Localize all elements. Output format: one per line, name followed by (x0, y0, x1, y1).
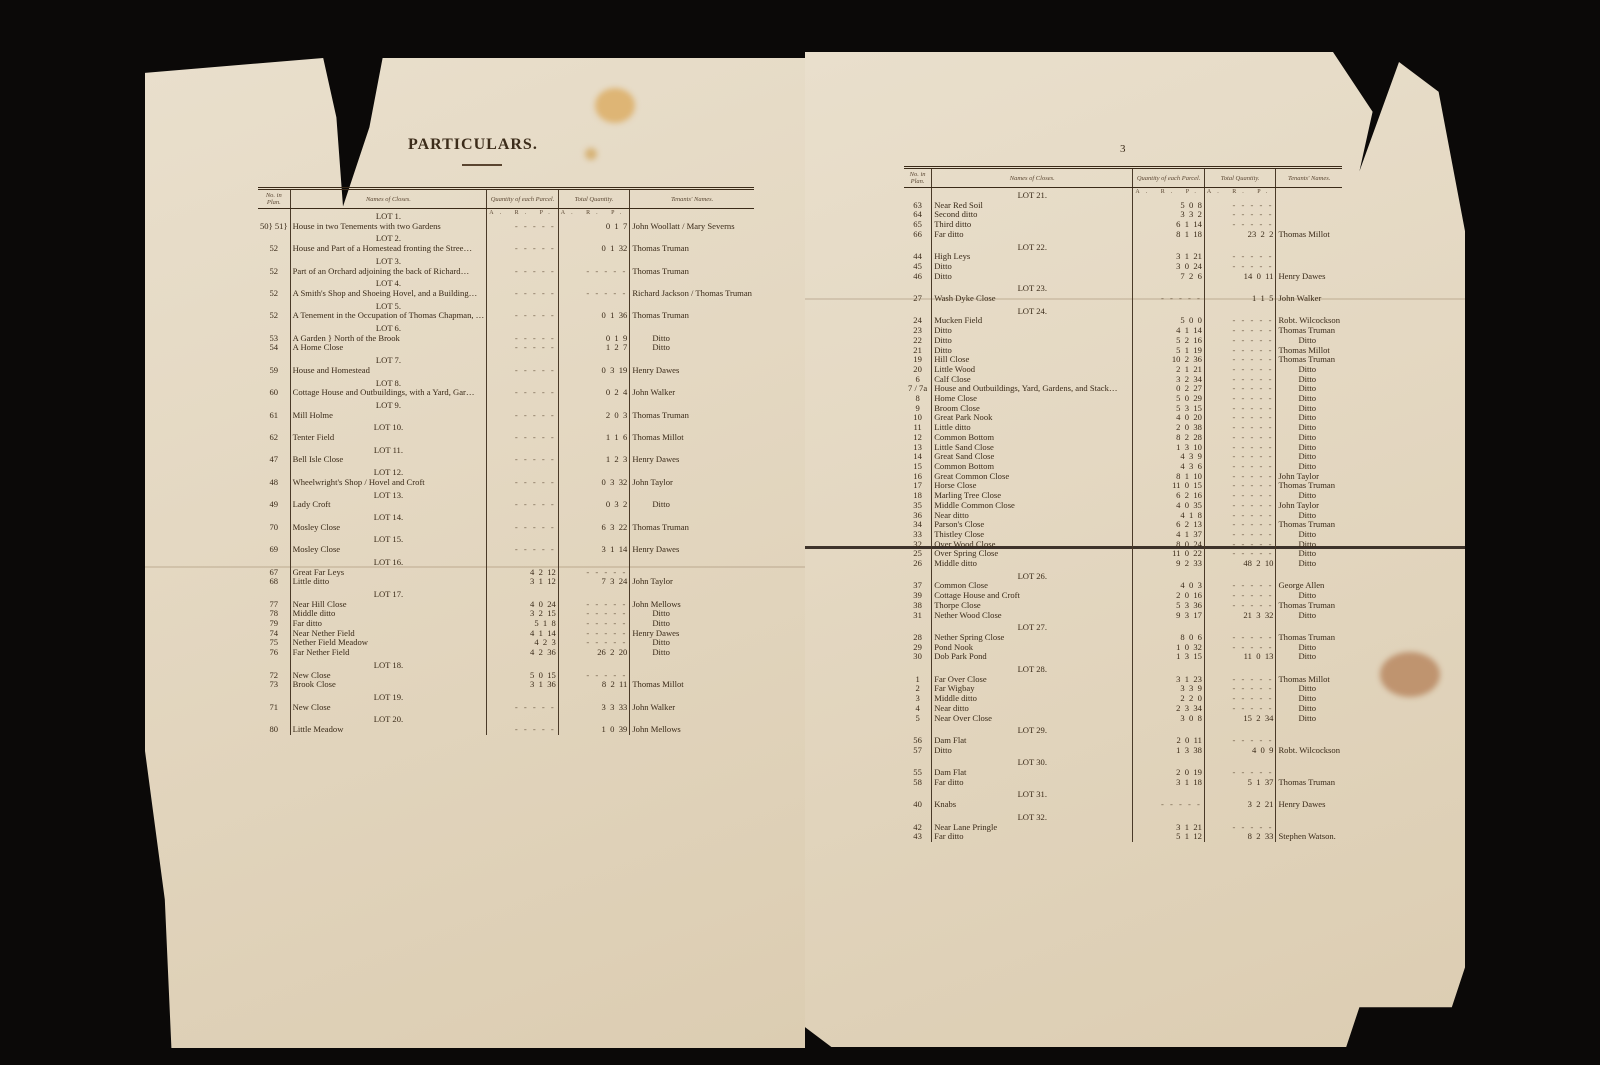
table-row: 66Far ditto8 1 1823 2 2Thomas Millot (904, 230, 1342, 240)
close-name: Far ditto (932, 230, 1133, 240)
parcel-quantity: 1 3 15 (1133, 652, 1205, 662)
total-quantity: 1 1 5 (1204, 294, 1276, 304)
tenant-cell (1276, 723, 1342, 736)
tenant-name: Henry Dawes (630, 545, 754, 555)
parcel-units-cell (487, 398, 559, 411)
total-units-cell (558, 690, 630, 703)
table-row: 44High Leys3 1 21- - - - - (904, 252, 1342, 262)
total-quantity: 8 2 11 (558, 680, 630, 690)
plan-number: 66 (904, 230, 932, 240)
plan-number: 5 (904, 714, 932, 724)
plan-number: 80 (258, 725, 290, 735)
total-quantity: 0 3 2 (558, 500, 630, 510)
parcel-quantity: - - - - - (487, 478, 559, 488)
tenant-name: John Walker (630, 388, 754, 398)
total-quantity: 0 3 19 (558, 366, 630, 376)
parcel-units-cell: A. R. P. (1133, 188, 1205, 201)
lot-heading: LOT 3. (290, 254, 487, 267)
parcel-units-cell (487, 465, 559, 478)
lot-heading: LOT 7. (290, 353, 487, 366)
total-quantity: 0 2 4 (558, 388, 630, 398)
tenant-name: Henry Dawes (1276, 272, 1342, 282)
close-name: Dam Flat (932, 736, 1133, 746)
plan-number: 62 (258, 433, 290, 443)
close-name: Middle ditto (932, 559, 1133, 569)
plan-number: 52 (258, 244, 290, 254)
lot-heading-row: LOT 12. (258, 465, 754, 478)
plan-number: 26 (904, 559, 932, 569)
table-row: 69Mosley Close- - - - -3 1 14Henry Dawes (258, 545, 754, 555)
total-quantity: 6 3 22 (558, 523, 630, 533)
parcel-quantity: - - - - - (487, 222, 559, 232)
close-name: Ditto (932, 262, 1133, 272)
parcel-quantity: 3 0 8 (1133, 714, 1205, 724)
lot-heading-row: LOT 17. (258, 587, 754, 600)
plan-number: 52 (258, 267, 290, 277)
total-quantity: 3 2 21 (1204, 800, 1276, 810)
lot-heading: LOT 9. (290, 398, 487, 411)
table-row: 59House and Homestead- - - - -0 3 19Henr… (258, 366, 754, 376)
close-name: Mosley Close (290, 523, 487, 533)
parcel-quantity: 3 1 18 (1133, 778, 1205, 788)
total-quantity: 8 2 33 (1204, 832, 1276, 842)
parcel-units-cell (487, 690, 559, 703)
title-ornament (462, 164, 502, 166)
table-row: 60Cottage House and Outbuildings, with a… (258, 388, 754, 398)
lot-no-cell (904, 188, 932, 201)
parcel-quantity: - - - - - (487, 725, 559, 735)
tenant-cell (630, 321, 754, 334)
lot-heading: LOT 12. (290, 465, 487, 478)
total-quantity: - - - - - (558, 267, 630, 277)
plan-number: 43 (904, 832, 932, 842)
tenant-name: Ditto (630, 638, 754, 648)
parcel-quantity: - - - - - (1133, 800, 1205, 810)
parcel-units-cell (487, 353, 559, 366)
tenant-name: Ditto (630, 343, 754, 353)
lot-heading: LOT 16. (290, 555, 487, 568)
tenant-cell (630, 690, 754, 703)
close-name: A Smith's Shop and Shoeing Hovel, and a … (290, 289, 487, 299)
total-units-cell (558, 587, 630, 600)
lot-heading: LOT 32. (932, 810, 1133, 823)
total-units-cell (558, 254, 630, 267)
total-quantity: 23 2 2 (1204, 230, 1276, 240)
close-name: Bell Isle Close (290, 455, 487, 465)
plan-number: 47 (258, 455, 290, 465)
tenant-name: John Walker (630, 703, 754, 713)
parcel-quantity: - - - - - (487, 366, 559, 376)
close-name: Little Meadow (290, 725, 487, 735)
right-table-body: LOT 21.A. R. P.A. R. P.63Near Red Soil5 … (904, 188, 1342, 843)
close-name: Ditto (932, 746, 1133, 756)
total-quantity: 0 1 32 (558, 244, 630, 254)
header-tenants-names: Tenants' Names. (630, 189, 754, 209)
tenant-name: John Taylor (630, 478, 754, 488)
parcel-quantity: - - - - - (487, 343, 559, 353)
parcel-quantity: 9 3 17 (1133, 611, 1205, 621)
total-quantity: 4 0 9 (1204, 746, 1276, 756)
plan-number: 30 (904, 652, 932, 662)
close-name: Mosley Close (290, 545, 487, 555)
tenant-name: John Woollatt / Mary Severns (630, 222, 754, 232)
plan-number: 54 (258, 343, 290, 353)
parcel-units-cell: A. R. P. (487, 209, 559, 222)
table-row: 52Part of an Orchard adjoining the back … (258, 267, 754, 277)
header-quantity-parcel: Quantity of each Parcel. (1133, 168, 1205, 188)
close-name: Ditto (932, 336, 1133, 346)
tenant-name (1276, 201, 1342, 211)
lot-heading-row: LOT 6. (258, 321, 754, 334)
close-name: Dob Park Pond (932, 652, 1133, 662)
lot-no-cell (258, 587, 290, 600)
parcel-quantity: - - - - - (487, 703, 559, 713)
total-quantity: 1 2 3 (558, 455, 630, 465)
close-name: House and Part of a Homestead fronting t… (290, 244, 487, 254)
tenant-name: Ditto (630, 648, 754, 658)
tenant-name: Thomas Truman (630, 267, 754, 277)
close-name: Cottage House and Outbuildings, with a Y… (290, 388, 487, 398)
total-units-cell (558, 353, 630, 366)
lot-heading-row: LOT 9. (258, 398, 754, 411)
plan-number: 73 (258, 680, 290, 690)
tenant-name: Thomas Millot (1276, 230, 1342, 240)
tenant-name: Ditto (1276, 559, 1342, 569)
close-name: High Leys (932, 252, 1133, 262)
close-name: Nether Wood Close (932, 611, 1133, 621)
header-no-in-plan: No. in Plan. (258, 189, 290, 209)
table-row: 52House and Part of a Homestead fronting… (258, 244, 754, 254)
total-units-cell (558, 555, 630, 568)
close-name: Brook Close (290, 680, 487, 690)
parcel-quantity: - - - - - (487, 500, 559, 510)
parcel-units-cell (487, 587, 559, 600)
page-number: 3 (1120, 143, 1126, 155)
total-quantity: 1 2 7 (558, 343, 630, 353)
plan-number: 52 (258, 289, 290, 299)
lot-heading: LOT 14. (290, 510, 487, 523)
table-row: 56Dam Flat2 0 11- - - - - (904, 736, 1342, 746)
parcel-quantity: 8 1 18 (1133, 230, 1205, 240)
close-name: House and Homestead (290, 366, 487, 376)
table-row: 54A Home Close- - - - -1 2 7Ditto (258, 343, 754, 353)
tenant-name: John Walker (1276, 294, 1342, 304)
stain (595, 88, 635, 123)
total-quantity: 3 1 14 (558, 545, 630, 555)
tenant-name: Thomas Truman (630, 311, 754, 321)
tenant-name: Ditto (630, 500, 754, 510)
lot-heading-row: LOT 13. (258, 488, 754, 501)
table-row: 22Ditto5 2 16- - - - -Ditto (904, 336, 1342, 346)
close-name: Wheelwright's Shop / Hovel and Croft (290, 478, 487, 488)
close-name: House in two Tenements with two Gardens (290, 222, 487, 232)
lot-heading: LOT 17. (290, 587, 487, 600)
total-units-cell (558, 321, 630, 334)
lot-no-cell (904, 662, 932, 675)
total-units-cell: A. R. P. (1204, 188, 1276, 201)
tenant-name: Ditto (630, 609, 754, 619)
tenant-cell (630, 488, 754, 501)
total-quantity: 7 3 24 (558, 577, 630, 587)
parcel-units-cell (487, 658, 559, 671)
tenant-name: Henry Dawes (630, 629, 754, 639)
tenant-name: Ditto (1276, 652, 1342, 662)
parcel-quantity: - - - - - (487, 433, 559, 443)
lot-no-cell (258, 658, 290, 671)
tenant-name: Thomas Truman (1276, 778, 1342, 788)
table-row: 21Ditto5 1 19- - - - -Thomas Millot (904, 346, 1342, 356)
table-row: 5Near Over Close3 0 815 2 34Ditto (904, 714, 1342, 724)
table-row: 62Tenter Field- - - - -1 1 6Thomas Millo… (258, 433, 754, 443)
close-name: Mill Holme (290, 411, 487, 421)
total-units-cell: A. R. P. (558, 209, 630, 222)
close-name: Wash Dyke Close (932, 294, 1133, 304)
total-units-cell (558, 465, 630, 478)
table-row: 55Dam Flat2 0 19- - - - - (904, 768, 1342, 778)
plan-number: 52 (258, 311, 290, 321)
tenant-name: Henry Dawes (1276, 800, 1342, 810)
tenant-name: Thomas Millot (630, 433, 754, 443)
tenant-cell (630, 510, 754, 523)
tenant-name: Ditto (1276, 714, 1342, 724)
close-name: New Close (290, 703, 487, 713)
plan-number: 68 (258, 577, 290, 587)
lot-heading-row: LOT 19. (258, 690, 754, 703)
tenant-name: Robt. Wilcockson (1276, 746, 1342, 756)
table-row: 67Great Far Leys4 2 12- - - - - (258, 568, 754, 578)
table-row: 35Middle Common Close4 0 35- - - - -John… (904, 501, 1342, 511)
table-row: 58Far ditto3 1 185 1 37Thomas Truman (904, 778, 1342, 788)
table-row: 30Dob Park Pond1 3 1511 0 13Ditto (904, 652, 1342, 662)
lot-heading-row: LOT 18. (258, 658, 754, 671)
page-title: PARTICULARS. (408, 136, 538, 154)
particulars-table-right: No. in Plan. Names of Closes. Quantity o… (904, 166, 1342, 842)
parcel-quantity: 1 3 38 (1133, 746, 1205, 756)
tenant-cell (1276, 810, 1342, 823)
close-name: A Tenement in the Occupation of Thomas C… (290, 311, 487, 321)
table-row: 49Lady Croft- - - - -0 3 2Ditto (258, 500, 754, 510)
close-name: Near Over Close (932, 714, 1133, 724)
parcel-quantity: - - - - - (487, 455, 559, 465)
close-name: Mucken Field (932, 316, 1133, 326)
lot-heading-row: LOT 14. (258, 510, 754, 523)
lot-heading-row: LOT 29. (904, 723, 1342, 736)
tenant-cell (1276, 755, 1342, 768)
tenant-name: Thomas Truman (630, 411, 754, 421)
header-tenants-names: Tenants' Names. (1276, 168, 1342, 188)
tenant-name (1276, 252, 1342, 262)
table-row: 52A Tenement in the Occupation of Thomas… (258, 311, 754, 321)
tenant-name: Thomas Millot (630, 680, 754, 690)
table-row: 47Bell Isle Close- - - - -1 2 3Henry Daw… (258, 455, 754, 465)
close-name: Lady Croft (290, 500, 487, 510)
lot-heading-row: LOT 32. (904, 810, 1342, 823)
tenant-name: Ditto (630, 334, 754, 344)
table-row: 42Near Lane Pringle3 1 21- - - - - (904, 823, 1342, 833)
parcel-quantity: - - - - - (487, 267, 559, 277)
plan-number: 46 (904, 272, 932, 282)
lot-no-cell (258, 465, 290, 478)
parcel-units-cell (1133, 810, 1205, 823)
tenant-cell (630, 465, 754, 478)
lot-no-cell (904, 810, 932, 823)
parcel-units-cell (1133, 662, 1205, 675)
tenant-cell (630, 555, 754, 568)
tenant-cell (630, 353, 754, 366)
lot-no-cell (258, 353, 290, 366)
lot-heading: LOT 6. (290, 321, 487, 334)
total-units-cell (558, 510, 630, 523)
tenant-name: Henry Dawes (630, 455, 754, 465)
lot-heading: LOT 31. (932, 787, 1133, 800)
tenant-cell (630, 254, 754, 267)
header-total-quantity: Total Quantity. (558, 189, 630, 209)
parcel-quantity: - - - - - (487, 523, 559, 533)
table-row: 71New Close- - - - -3 3 33John Walker (258, 703, 754, 713)
plan-number: 57 (904, 746, 932, 756)
plan-number: 76 (258, 648, 290, 658)
tenant-cell (630, 398, 754, 411)
plan-number: 31 (904, 611, 932, 621)
table-row: 27Wash Dyke Close- - - - -1 1 5John Walk… (904, 294, 1342, 304)
table-row: 57Ditto1 3 384 0 9Robt. Wilcockson (904, 746, 1342, 756)
particulars-table-left: No. in Plan. Names of Closes. Quantity o… (258, 187, 754, 735)
total-units-cell (1204, 662, 1276, 675)
header-names-of-closes: Names of Closes. (290, 189, 487, 209)
tenant-name: John Mellows (630, 725, 754, 735)
plan-number: 61 (258, 411, 290, 421)
lot-heading-row: LOT 30. (904, 755, 1342, 768)
table-row: 70Mosley Close- - - - -6 3 22Thomas Trum… (258, 523, 754, 533)
parcel-quantity: - - - - - (487, 311, 559, 321)
lot-no-cell (258, 254, 290, 267)
tenant-cell (1276, 662, 1342, 675)
parcel-units-cell (487, 510, 559, 523)
tenant-name: John Taylor (630, 577, 754, 587)
lot-heading-row: LOT 31. (904, 787, 1342, 800)
total-quantity: 21 3 32 (1204, 611, 1276, 621)
parcel-quantity: - - - - - (487, 545, 559, 555)
plan-number: 27 (904, 294, 932, 304)
close-name: Part of an Orchard adjoining the back of… (290, 267, 487, 277)
plan-number: 50} 51} (258, 222, 290, 232)
table-row: 73Brook Close3 1 368 2 11Thomas Millot (258, 680, 754, 690)
total-quantity: 5 1 37 (1204, 778, 1276, 788)
tenant-cell (630, 658, 754, 671)
stain (1380, 652, 1440, 697)
close-name: Far ditto (932, 832, 1133, 842)
tenant-cell (630, 209, 754, 222)
stain (585, 148, 597, 160)
table-row: 45Ditto3 0 24- - - - - (904, 262, 1342, 272)
table-row: 3Middle ditto2 2 0- - - - -Ditto (904, 694, 1342, 704)
table-row: 31Nether Wood Close9 3 1721 3 32Ditto (904, 611, 1342, 621)
parcel-quantity: - - - - - (487, 289, 559, 299)
parcel-units-cell (487, 254, 559, 267)
lot-heading: LOT 18. (290, 658, 487, 671)
parcel-quantity: 3 1 36 (487, 680, 559, 690)
parcel-quantity: 7 2 6 (1133, 272, 1205, 282)
plan-number: 70 (258, 523, 290, 533)
table-row: 61Mill Holme- - - - -2 0 3Thomas Truman (258, 411, 754, 421)
parcel-units-cell (487, 555, 559, 568)
lot-heading: LOT 1. (290, 209, 487, 222)
table-row: 76Far Nether Field4 2 3626 2 20Ditto (258, 648, 754, 658)
total-quantity: 48 2 10 (1204, 559, 1276, 569)
total-quantity: 1 1 6 (558, 433, 630, 443)
table-row: 80Little Meadow- - - - -1 0 39John Mello… (258, 725, 754, 735)
tenant-cell (1276, 240, 1342, 253)
lot-no-cell (258, 398, 290, 411)
parcel-quantity: - - - - - (487, 388, 559, 398)
lot-heading-row: LOT 28. (904, 662, 1342, 675)
table-row: 26Middle ditto9 2 3348 2 10Ditto (904, 559, 1342, 569)
lot-heading-row: LOT 16. (258, 555, 754, 568)
tenant-name: Thomas Truman (630, 244, 754, 254)
lot-no-cell (258, 690, 290, 703)
parcel-quantity: - - - - - (1133, 294, 1205, 304)
header-no-in-plan: No. in Plan. (904, 168, 932, 188)
total-quantity: 11 0 13 (1204, 652, 1276, 662)
header-names-of-closes: Names of Closes. (932, 168, 1133, 188)
parcel-quantity: 3 1 12 (487, 577, 559, 587)
parcel-quantity: 4 2 36 (487, 648, 559, 658)
close-name: Ditto (932, 272, 1133, 282)
plan-number: 58 (904, 778, 932, 788)
close-name: Knabs (932, 800, 1133, 810)
tenant-name: Henry Dawes (630, 366, 754, 376)
tenant-name: Stephen Watson. (1276, 832, 1342, 842)
close-name: Tenter Field (290, 433, 487, 443)
close-name: Ditto (932, 326, 1133, 336)
tenant-cell (630, 587, 754, 600)
lot-heading: LOT 19. (290, 690, 487, 703)
lot-no-cell (258, 555, 290, 568)
plan-number: 69 (258, 545, 290, 555)
total-units-cell (558, 398, 630, 411)
table-row: 24Mucken Field5 0 0- - - - -Robt. Wilcoc… (904, 316, 1342, 326)
table-row: 52A Smith's Shop and Shoeing Hovel, and … (258, 289, 754, 299)
total-quantity: 0 3 32 (558, 478, 630, 488)
plan-number: 60 (258, 388, 290, 398)
total-quantity: 0 1 36 (558, 311, 630, 321)
tenant-cell (1276, 188, 1342, 201)
parcel-quantity: - - - - - (487, 411, 559, 421)
lot-no-cell (258, 321, 290, 334)
table-row: 23Ditto4 1 14- - - - -Thomas Truman (904, 326, 1342, 336)
total-quantity: 0 1 7 (558, 222, 630, 232)
total-units-cell (1204, 810, 1276, 823)
parcel-quantity: 5 1 12 (1133, 832, 1205, 842)
tenant-name: John Mellows (630, 600, 754, 610)
close-name: Far Nether Field (290, 648, 487, 658)
lot-heading-row: LOT 7. (258, 353, 754, 366)
table-row: 46Ditto7 2 614 0 11Henry Dawes (904, 272, 1342, 282)
table-row: 78Middle ditto3 2 15- - - - -Ditto (258, 609, 754, 619)
lot-heading: LOT 28. (932, 662, 1133, 675)
total-quantity: 1 0 39 (558, 725, 630, 735)
table-row: 50} 51}House in two Tenements with two G… (258, 222, 754, 232)
lot-no-cell (258, 510, 290, 523)
tenant-name: Richard Jackson / Thomas Truman (630, 289, 754, 299)
total-quantity: 2 0 3 (558, 411, 630, 421)
parcel-units-cell (487, 321, 559, 334)
total-quantity: 26 2 20 (558, 648, 630, 658)
parcel-quantity: - - - - - (487, 244, 559, 254)
tenant-name (1276, 210, 1342, 220)
lot-heading-row: LOT 21.A. R. P.A. R. P. (904, 188, 1342, 201)
table-row: 43Far ditto5 1 128 2 33Stephen Watson. (904, 832, 1342, 842)
